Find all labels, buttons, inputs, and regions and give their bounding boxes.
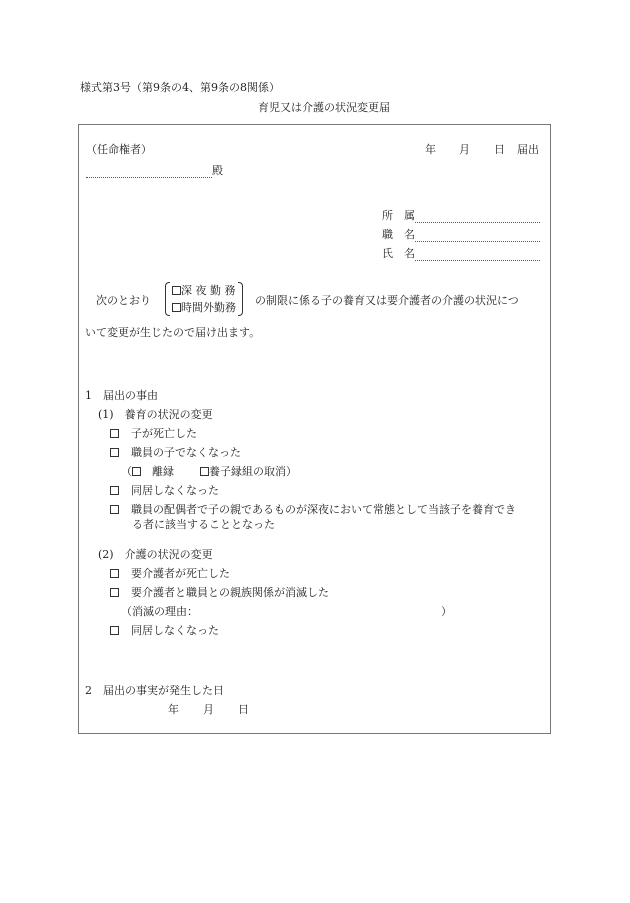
no-longer-child-checkbox[interactable] (110, 448, 119, 457)
section1-sub1-heading: (1) 養育の状況の変更 (98, 408, 213, 422)
affiliation-label: 所 属 (382, 209, 415, 222)
affiliation-field[interactable] (415, 210, 540, 223)
job-title-row: 職 名 (382, 228, 540, 242)
job-title-field[interactable] (415, 229, 540, 242)
kinship-ended-checkbox[interactable] (110, 588, 119, 597)
name-row: 氏 名 (382, 247, 540, 261)
no-longer-child-item: 職員の子でなくなった (110, 446, 241, 460)
section1-heading: 1 届出の事由 (85, 389, 158, 403)
care-recipient-died-item: 要介護者が死亡した (110, 567, 230, 581)
spouse-caregiver-label: 職員の配偶者で子の親であるものが深夜において常態として当該子を養育でき (131, 503, 516, 516)
affiliation-row: 所 属 (382, 209, 540, 223)
child-died-item: 子が死亡した (110, 427, 197, 441)
no-longer-cohabit-checkbox-1[interactable] (110, 486, 119, 495)
event-date-month: 月 (203, 703, 214, 717)
paren-close: ） (286, 465, 297, 478)
event-date-year: 年 (168, 703, 179, 717)
submit-date-year: 年 (425, 143, 436, 157)
late-night-work-label: 深 夜 勤 務 (181, 284, 236, 297)
care-recipient-died-label: 要介護者が死亡した (131, 567, 230, 580)
work-type-bracket: 深 夜 勤 務 時間外勤務 (165, 282, 243, 318)
statement-line2: いて変更が生じたので届け出ます。 (85, 326, 260, 340)
bracket-right (238, 282, 243, 316)
job-title-label: 職 名 (382, 228, 415, 241)
dissolution-label: 離縁 (152, 465, 174, 478)
no-longer-child-label: 職員の子でなくなった (131, 446, 241, 459)
no-longer-cohabit-item-2: 同居しなくなった (110, 624, 219, 638)
extinction-reason-field[interactable] (200, 605, 435, 619)
paren-open: （ (121, 465, 132, 478)
adoption-cancel-checkbox[interactable] (200, 467, 209, 476)
adoption-options: （離縁養子縁組の取消） (121, 465, 297, 479)
spouse-caregiver-item: 職員の配偶者で子の親であるものが深夜において常態として当該子を養育でき (110, 503, 516, 517)
child-died-label: 子が死亡した (131, 427, 197, 440)
submit-label: 届出 (517, 143, 539, 157)
section2-heading: 2 届出の事実が発生した日 (85, 684, 224, 698)
section1-sub2-heading: (2) 介護の状況の変更 (98, 548, 213, 562)
no-longer-cohabit-checkbox-2[interactable] (110, 626, 119, 635)
overtime-work-checkbox[interactable] (172, 303, 181, 312)
statement-prefix: 次のとおり (96, 294, 151, 308)
spouse-caregiver-label-cont: る者に該当することとなった (132, 518, 275, 532)
kinship-ended-item: 要介護者と職員との親族関係が消滅した (110, 586, 329, 600)
care-recipient-died-checkbox[interactable] (110, 569, 119, 578)
appointer-label: （任命権者） (86, 143, 152, 157)
document-title: 育児又は介護の状況変更届 (258, 101, 390, 115)
submit-date-month: 月 (459, 143, 470, 157)
child-died-checkbox[interactable] (110, 429, 119, 438)
extinction-reason-close: ） (441, 605, 452, 619)
no-longer-cohabit-label-1: 同居しなくなった (131, 484, 219, 497)
statement-line1: の制限に係る子の養育又は要介護者の介護の状況につ (255, 294, 519, 308)
honorific: 殿 (212, 164, 223, 177)
no-longer-cohabit-label-2: 同居しなくなった (131, 624, 219, 637)
no-longer-cohabit-item-1: 同居しなくなった (110, 484, 219, 498)
kinship-ended-label: 要介護者と職員との親族関係が消滅した (131, 586, 329, 599)
late-night-work-checkbox[interactable] (172, 286, 181, 295)
spouse-caregiver-checkbox[interactable] (110, 505, 119, 514)
name-field[interactable] (415, 248, 540, 261)
name-label: 氏 名 (382, 247, 415, 260)
adoption-cancel-label: 養子縁組の取消 (209, 465, 286, 478)
extinction-reason-label: （消滅の理由： (121, 605, 198, 619)
overtime-work-label: 時間外勤務 (181, 301, 236, 314)
bracket-left (165, 282, 170, 316)
form-number-label: 様式第3号（第9条の4、第9条の8関係） (80, 81, 280, 95)
dissolution-checkbox[interactable] (132, 467, 141, 476)
submit-date-day: 日 (494, 143, 505, 157)
event-date-day: 日 (238, 703, 249, 717)
appointer-name-field[interactable] (86, 165, 212, 178)
